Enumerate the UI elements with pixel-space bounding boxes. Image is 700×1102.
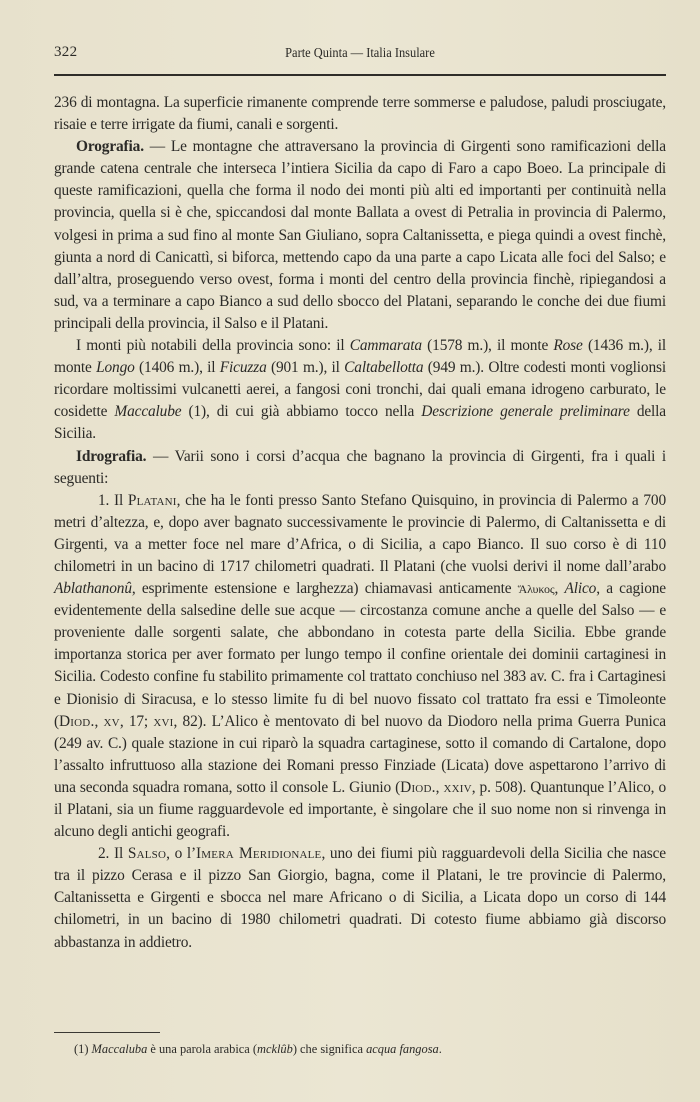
term-maccalube: Maccalube — [114, 403, 181, 420]
paragraph-orografia: Orografia. — Le montagne che attraversan… — [54, 136, 666, 335]
paragraph-idrografia: Idrografia. — Varii sono i corsi d’acqua… — [54, 446, 666, 490]
mountain-name: Rose — [553, 337, 582, 354]
header-rule — [54, 74, 666, 76]
paragraph-salso: 2. Il Salso, o l’Imera Meridionale, uno … — [54, 843, 666, 953]
mountain-name: Cammarata — [350, 337, 422, 354]
river-name: Imera Meridionale — [196, 845, 321, 862]
footnote-rule — [54, 1032, 160, 1033]
footnote: (1) Maccaluba è una parola arabica (mckl… — [74, 1041, 634, 1057]
river-name: Salso — [128, 845, 166, 862]
mountain-name: Ficuzza — [220, 359, 267, 376]
river-name: Platani — [128, 492, 177, 509]
section-heading-orografia: Orografia. — [76, 138, 144, 155]
mountain-name: Caltabellotta — [344, 359, 423, 376]
body-text: 236 di montagna. La superficie rimanente… — [54, 92, 666, 954]
page-number: 322 — [54, 44, 77, 61]
work-title: Descrizione generale preliminare — [421, 403, 630, 420]
citation: Diod. — [59, 713, 95, 730]
arabic-term: Ablathanonû — [54, 580, 132, 597]
section-heading-idrografia: Idrografia. — [76, 448, 146, 465]
paragraph-monti: I monti più notabili della provincia son… — [54, 335, 666, 445]
footnote-marker: (1) — [74, 1042, 92, 1056]
paragraph-continuation: 236 di montagna. La superficie rimanente… — [54, 92, 666, 136]
mountain-name: Longo — [96, 359, 135, 376]
paragraph-platani: 1. Il Platani, che ha le fonti presso Sa… — [54, 490, 666, 844]
citation: Diod. — [400, 779, 436, 796]
greek-term: Ἅλυκος — [518, 582, 555, 596]
running-title: Parte Quinta — Italia Insulare — [78, 45, 641, 61]
running-head: 322 Parte Quinta — Italia Insulare — [54, 44, 666, 64]
latin-term: Alico — [564, 580, 596, 597]
